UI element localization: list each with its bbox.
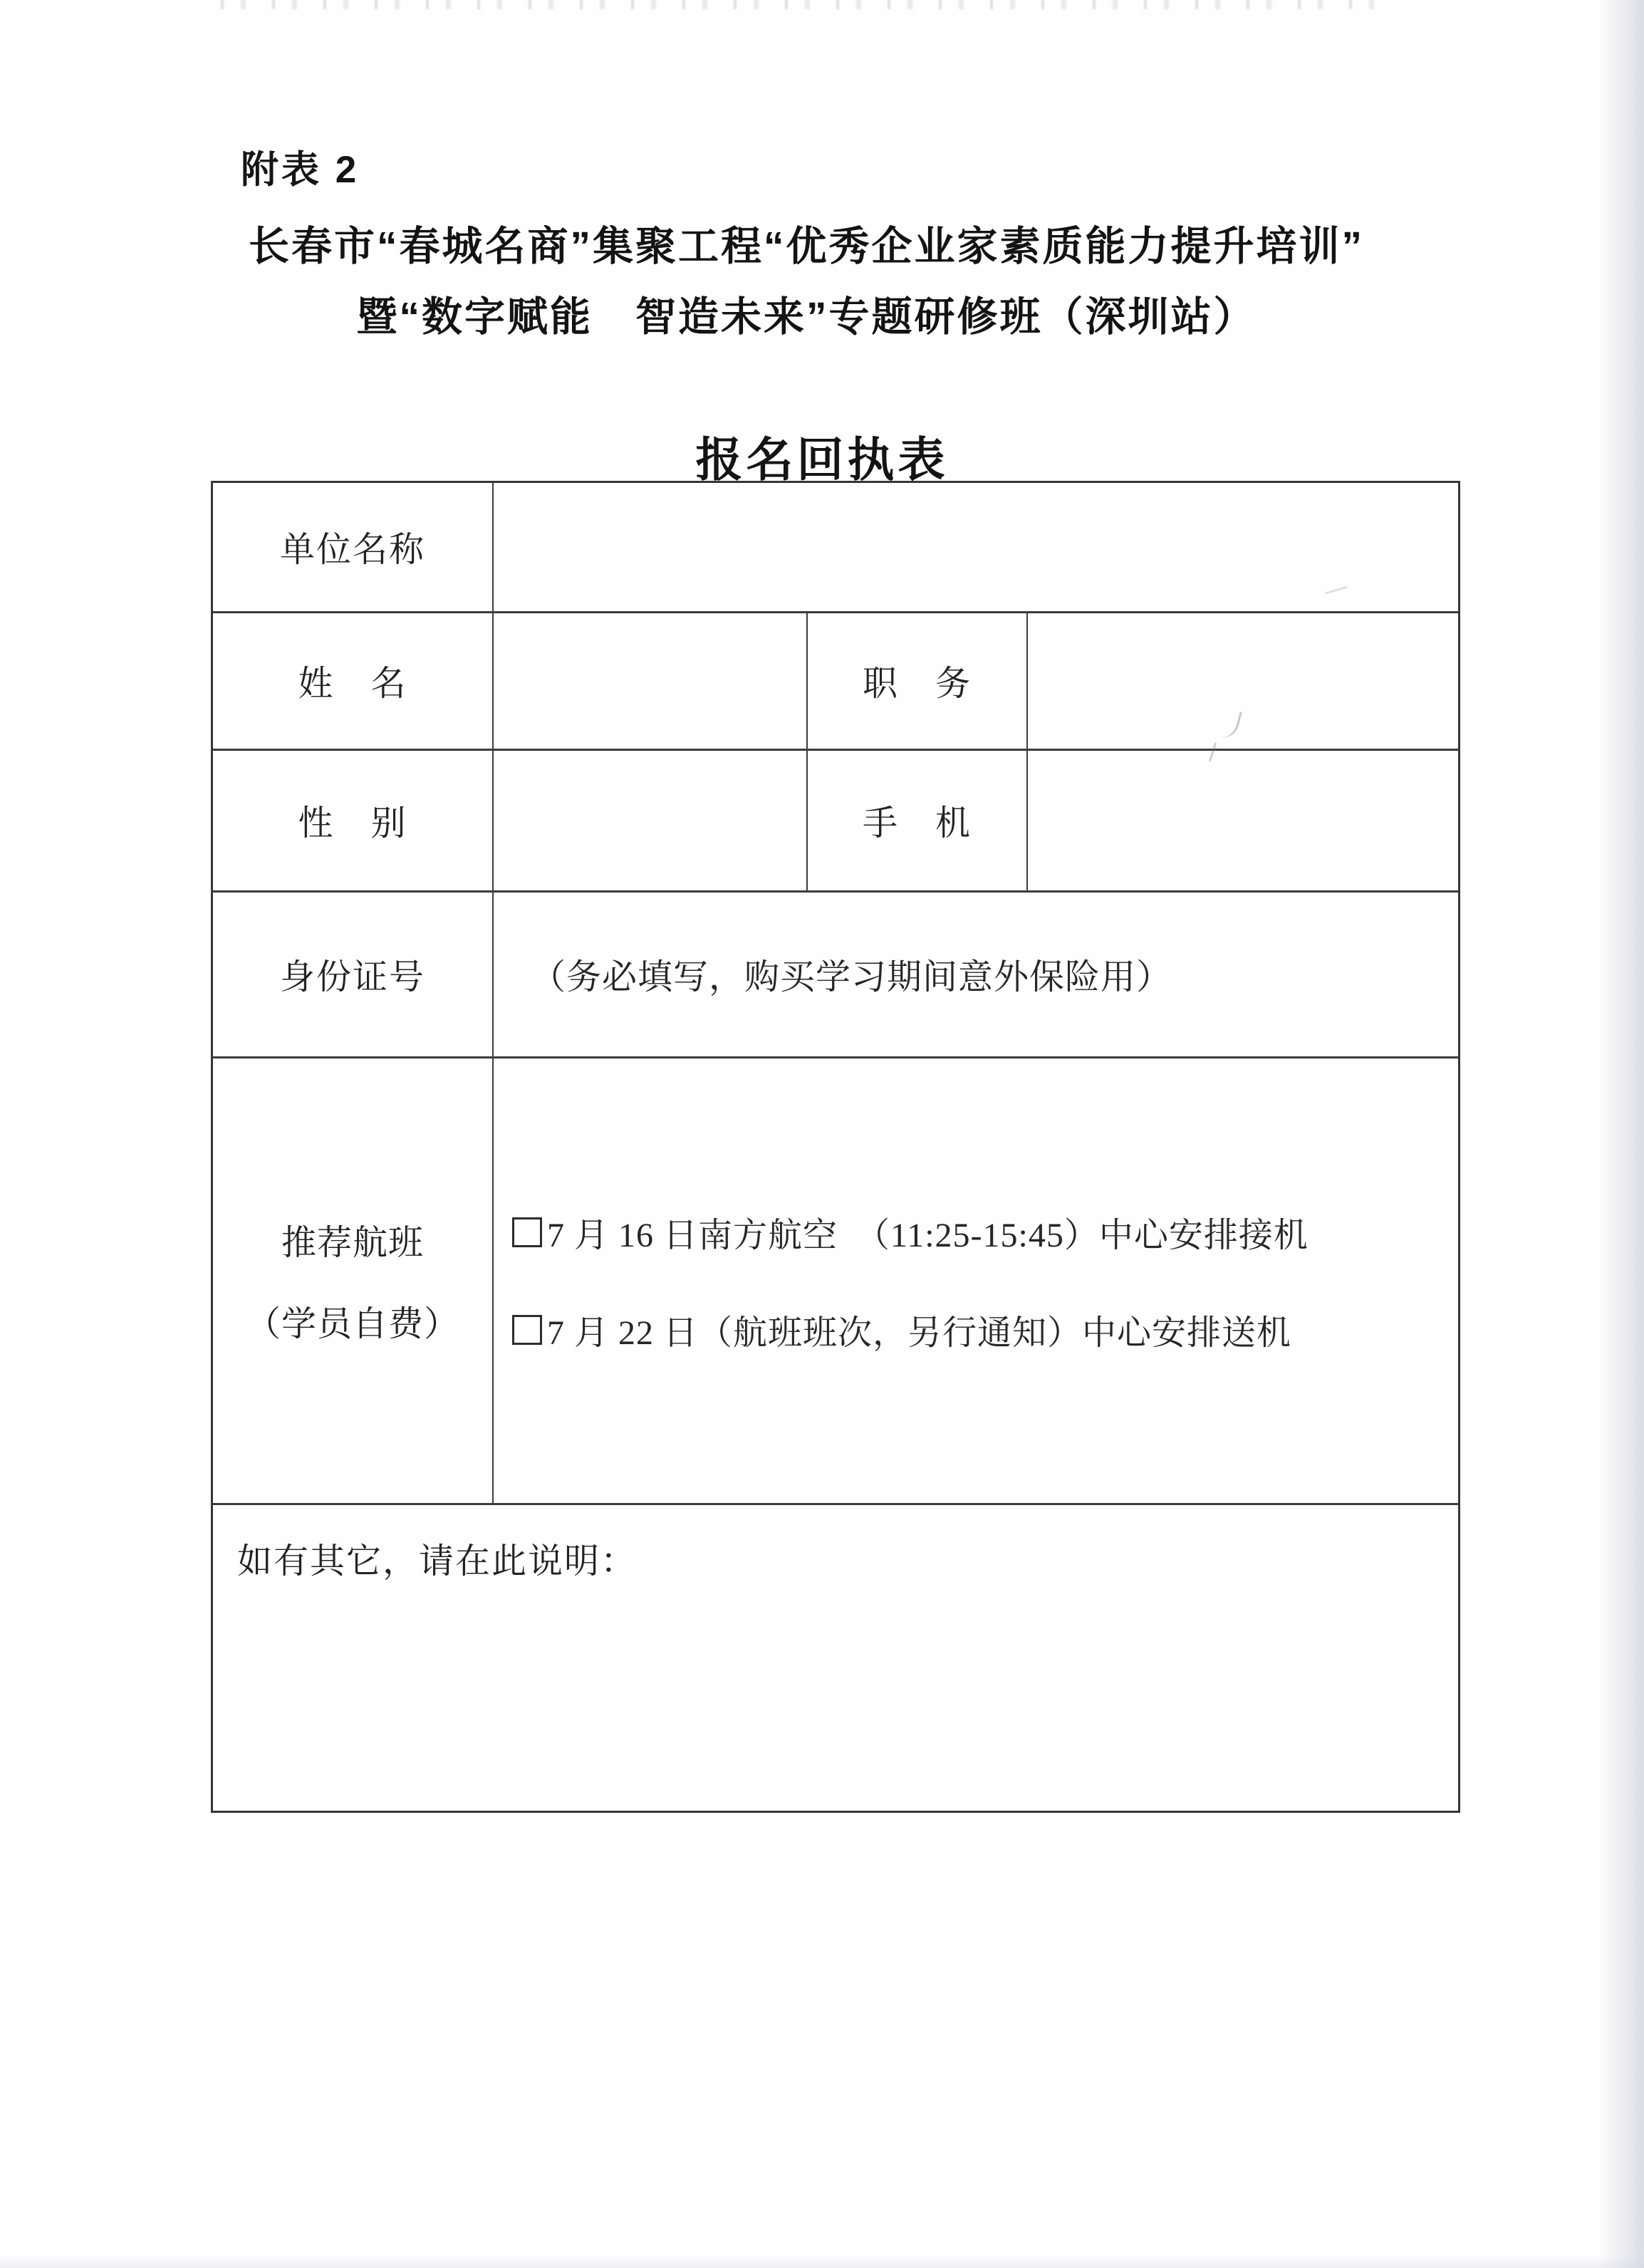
flight-option-departure: 7 月 22 日（航班班次，另行通知）中心安排送机 xyxy=(512,1305,1458,1354)
flight-option-departure-text: 7 月 22 日（航班班次，另行通知）中心安排送机 xyxy=(547,1305,1291,1354)
position-label-cell: 职 务 xyxy=(808,613,1028,751)
id-number-note-cell: （务必填写，购买学习期间意外保险用） xyxy=(494,893,1458,1058)
flight-options-cell: 7 月 16 日南方航空 （11:25-15:45）中心安排接机 7 月 22 … xyxy=(494,1058,1458,1505)
name-value-cell xyxy=(494,613,808,751)
form-title: 报名回执表 xyxy=(0,422,1644,489)
checkbox-icon xyxy=(512,1217,542,1247)
name-label-cell: 姓 名 xyxy=(213,613,494,751)
document-title-line2: 暨“数字赋能 智造未来”专题研修班（深圳站） xyxy=(0,297,1613,338)
gender-label-cell: 性 别 xyxy=(213,751,494,893)
position-value-cell xyxy=(1028,613,1458,751)
flight-label-line2: （学员自费） xyxy=(246,1296,459,1346)
flight-option-arrival: 7 月 16 日南方航空 （11:25-15:45）中心安排接机 xyxy=(512,1207,1458,1257)
scan-artifact-top-edge xyxy=(221,0,1389,9)
id-number-label-cell: 身份证号 xyxy=(213,893,494,1058)
scan-artifact-bottom-edge xyxy=(0,2255,1644,2268)
checkbox-icon xyxy=(512,1315,542,1345)
scanned-form-page: 附表 2 长春市“春城名商”集聚工程“优秀企业家素质能力提升培训” 暨“数字赋能… xyxy=(0,0,1644,2268)
document-title: 长春市“春城名商”集聚工程“优秀企业家素质能力提升培训” 暨“数字赋能 智造未来… xyxy=(0,227,1644,338)
gender-value-cell xyxy=(494,751,808,893)
scan-artifact-right-edge xyxy=(1598,0,1644,2268)
mobile-label-cell: 手 机 xyxy=(808,751,1028,893)
unit-name-label-cell: 单位名称 xyxy=(213,483,494,613)
appendix-label: 附表 2 xyxy=(241,140,359,194)
registration-table: 单位名称 姓 名 职 务 性 别 手 机 身份证号 （务必填写，购买学习期间意外… xyxy=(211,481,1460,1813)
flight-label-line1: 推荐航班 xyxy=(281,1215,424,1265)
other-remarks-cell: 如有其它，请在此说明： xyxy=(213,1505,1458,1811)
unit-name-value-cell xyxy=(494,483,1458,613)
flight-option-arrival-text: 7 月 16 日南方航空 （11:25-15:45）中心安排接机 xyxy=(547,1207,1309,1257)
mobile-value-cell xyxy=(1028,751,1458,893)
document-title-line1: 长春市“春城名商”集聚工程“优秀企业家素质能力提升培训” xyxy=(0,227,1613,267)
flight-label-cell: 推荐航班 （学员自费） xyxy=(213,1058,494,1505)
